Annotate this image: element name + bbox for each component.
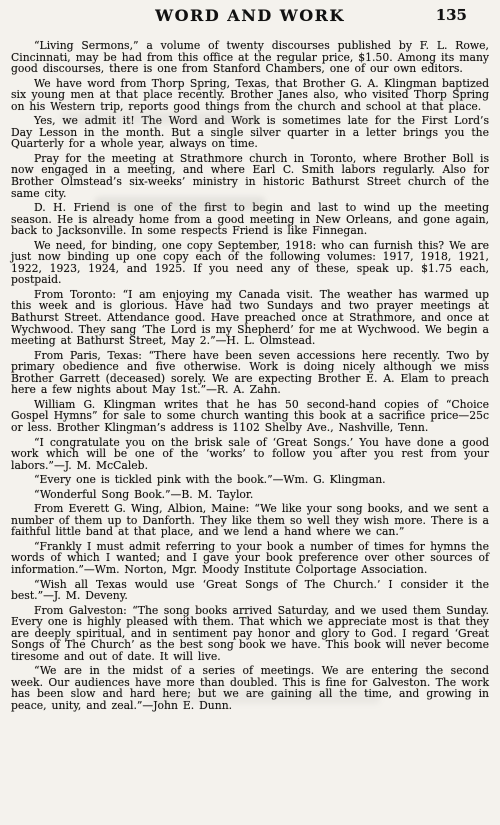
paragraph: “Wish all Texas would use ‘Great Songs o… xyxy=(11,579,489,602)
scanned-magazine-page: WORD AND WORK 135 “Living Sermons,” a vo… xyxy=(0,0,500,825)
paragraph: D. H. Friend is one of the first to begi… xyxy=(11,202,489,237)
paragraph: “Every one is tickled pink with the book… xyxy=(11,474,489,486)
article-body: “Living Sermons,” a volume of twenty dis… xyxy=(11,40,489,712)
paragraph: “I congratulate you on the brisk sale of… xyxy=(11,437,489,472)
paragraph: From Galveston: “The song books arrived … xyxy=(11,605,489,663)
paragraph: From Everett G. Wing, Albion, Maine: “We… xyxy=(11,503,489,538)
paragraph: “Wonderful Song Book.”—B. M. Taylor. xyxy=(11,489,489,501)
paragraph: We need, for binding, one copy September… xyxy=(11,240,489,286)
paragraph: Pray for the meeting at Strathmore churc… xyxy=(11,153,489,199)
running-head: WORD AND WORK 135 xyxy=(11,6,489,28)
journal-title: WORD AND WORK xyxy=(11,6,489,25)
page-number: 135 xyxy=(436,6,467,24)
paragraph: “Frankly I must admit referring to your … xyxy=(11,541,489,576)
paragraph: “Living Sermons,” a volume of twenty dis… xyxy=(11,40,489,75)
paragraph: From Paris, Texas: “There have been seve… xyxy=(11,350,489,396)
paragraph: From Toronto: “I am enjoying my Canada v… xyxy=(11,289,489,347)
paragraph: William G. Klingman writes that he has 5… xyxy=(11,399,489,434)
paragraph: “We are in the midst of a series of meet… xyxy=(11,665,489,711)
paragraph: Yes, we admit it! The Word and Work is s… xyxy=(11,115,489,150)
paragraph: We have word from Thorp Spring, Texas, t… xyxy=(11,78,489,113)
